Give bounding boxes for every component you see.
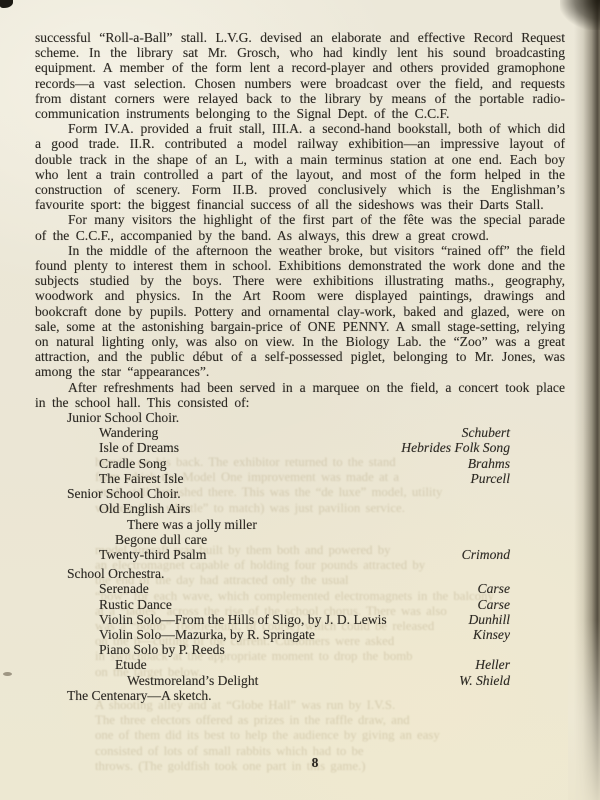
programme-section-2: Senior School Choir.Old English AirsTher… bbox=[35, 486, 565, 562]
programme-item-2-3: Begone dull care bbox=[35, 532, 565, 547]
programme-item-2-1-title: Old English Airs bbox=[99, 501, 190, 516]
programme-item-1-3-composer: Brahms bbox=[468, 456, 510, 471]
scan-corner-shadow bbox=[560, 0, 600, 30]
programme-item-2-2-title: There was a jolly miller bbox=[127, 517, 257, 532]
programme-item-2-4-title: Twenty-third Psalm bbox=[99, 547, 206, 562]
programme-section-3: School Orchestra.SerenadeCarseRustic Dan… bbox=[35, 566, 565, 688]
paragraph-3: For many visitors the highlight of the f… bbox=[35, 212, 565, 242]
programme-item-1-2-title: Isle of Dreams bbox=[99, 440, 179, 455]
programme-closing: The Centenary—A sketch. bbox=[35, 688, 565, 703]
programme-item-1-4: The Fairest IslePurcell bbox=[35, 471, 565, 486]
programme-item-1-4-composer: Purcell bbox=[470, 471, 510, 486]
programme-item-3-1: SerenadeCarse bbox=[35, 581, 565, 596]
paragraph-2: Form IV.A. provided a fruit stall, III.A… bbox=[35, 121, 565, 212]
programme-item-3-4: Violin Solo—Mazurka, by R. SpringateKins… bbox=[35, 627, 565, 642]
programme-item-3-4-title: Violin Solo—Mazurka, by R. Springate bbox=[99, 627, 315, 642]
programme-item-1-1: WanderingSchubert bbox=[35, 425, 565, 440]
programme-item-1-2: Isle of DreamsHebrides Folk Song bbox=[35, 440, 565, 455]
programme-item-2-4: Twenty-third PsalmCrimond bbox=[35, 547, 565, 562]
programme-item-3-3-title: Violin Solo—From the Hills of Sligo, by … bbox=[99, 612, 387, 627]
bleedthrough-line: The three electors offered as prizes in … bbox=[95, 713, 573, 728]
programme-item-3-6: EtudeHeller bbox=[35, 657, 565, 672]
programme-item-1-3: Cradle SongBrahms bbox=[35, 456, 565, 471]
scan-speck bbox=[3, 672, 12, 676]
programme-item-1-1-title: Wandering bbox=[99, 425, 158, 440]
programme-section-heading: Senior School Choir. bbox=[35, 486, 565, 501]
programme-item-3-6-composer: Heller bbox=[475, 657, 510, 672]
programme-closing-title: The Centenary—A sketch. bbox=[67, 688, 212, 703]
paragraph-1: successful “Roll-a-Ball” stall. L.V.G. d… bbox=[35, 30, 565, 121]
programme-item-3-5-title: Piano Solo by P. Reeds bbox=[99, 642, 225, 657]
programme-section-heading: Junior School Choir. bbox=[35, 410, 565, 425]
programme-item-1-2-composer: Hebrides Folk Song bbox=[401, 440, 510, 455]
programme-item-3-1-composer: Carse bbox=[478, 581, 510, 596]
programme-item-3-2-composer: Carse bbox=[478, 597, 510, 612]
programme-item-3-2-title: Rustic Dance bbox=[99, 597, 172, 612]
programme-item-3-3-composer: Dunhill bbox=[468, 612, 510, 627]
programme-item-2-3-title: Begone dull care bbox=[115, 532, 207, 547]
page-number: 8 bbox=[30, 755, 600, 771]
programme-item-2-1: Old English Airs bbox=[35, 501, 565, 516]
programme-item-3-4-composer: Kinsey bbox=[473, 627, 510, 642]
programme-item-2-4-composer: Crimond bbox=[462, 547, 510, 562]
programme-item-3-7: Westmoreland’s DelightW. Shield bbox=[35, 673, 565, 688]
programme-item-1-1-composer: Schubert bbox=[462, 425, 510, 440]
article-paragraphs: successful “Roll-a-Ball” stall. L.V.G. d… bbox=[35, 30, 565, 410]
programme-item-3-5: Piano Solo by P. Reeds bbox=[35, 642, 565, 657]
scan-corner-mark bbox=[0, 0, 13, 8]
paragraph-5: After refreshments had been served in a … bbox=[35, 380, 565, 410]
programme-item-3-7-title: Westmoreland’s Delight bbox=[127, 673, 258, 688]
programme-section-heading: School Orchestra. bbox=[35, 566, 565, 581]
programme-item-1-3-title: Cradle Song bbox=[99, 456, 167, 471]
programme-item-3-6-title: Etude bbox=[115, 657, 147, 672]
programme-section-1: Junior School Choir.WanderingSchubertIsl… bbox=[35, 410, 565, 486]
scan-shadow-fade bbox=[568, 620, 600, 800]
programme-item-3-2: Rustic DanceCarse bbox=[35, 597, 565, 612]
concert-programme: Junior School Choir.WanderingSchubertIsl… bbox=[35, 410, 565, 703]
programme-item-3-1-title: Serenade bbox=[99, 581, 149, 596]
programme-item-1-4-title: The Fairest Isle bbox=[99, 471, 184, 486]
magazine-page: heavily on his back. The exhibitor retur… bbox=[0, 0, 600, 800]
programme-item-3-7-composer: W. Shield bbox=[459, 673, 510, 688]
programme-item-2-2: There was a jolly miller bbox=[35, 517, 565, 532]
programme-item-3-3: Violin Solo—From the Hills of Sligo, by … bbox=[35, 612, 565, 627]
paragraph-4: In the middle of the afternoon the weath… bbox=[35, 243, 565, 380]
page-content: successful “Roll-a-Ball” stall. L.V.G. d… bbox=[35, 30, 565, 703]
bleedthrough-line: one of them did its best to help the aud… bbox=[95, 728, 573, 743]
